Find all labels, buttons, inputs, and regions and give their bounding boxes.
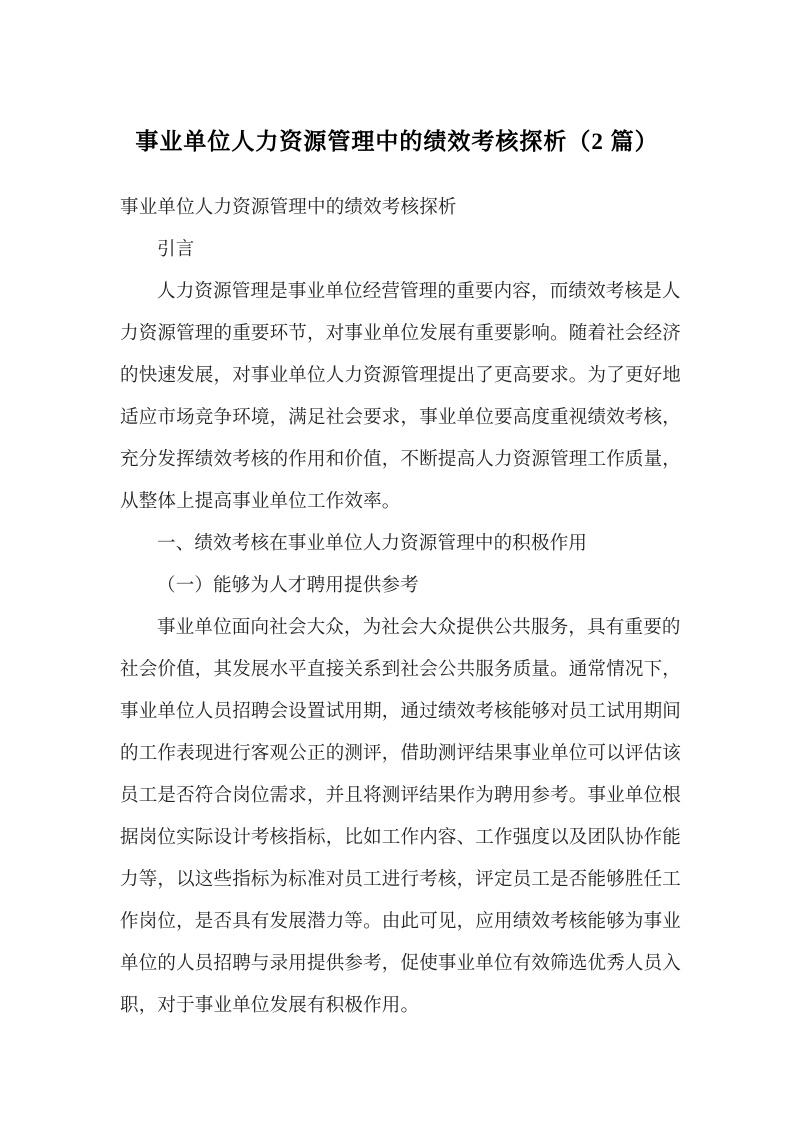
text-line: 单位的人员招聘与录用提供参考，促使事业单位有效筛选优秀人员入 <box>120 943 674 985</box>
text-line: 作岗位，是否具有发展潜力等。由此可见，应用绩效考核能够为事业 <box>120 901 674 943</box>
text-line: 适应市场竞争环境，满足社会要求，事业单位要高度重视绩效考核， <box>120 397 674 439</box>
text-line: 社会价值，其发展水平直接关系到社会公共服务质量。通常情况下， <box>120 649 674 691</box>
text-line: 人力资源管理是事业单位经营管理的重要内容，而绩效考核是人 <box>120 271 674 313</box>
text-line: 从整体上提高事业单位工作效率。 <box>120 481 674 523</box>
text-line: 职，对于事业单位发展有积极作用。 <box>120 985 674 1027</box>
text-line: 的工作表现进行客观公正的测评，借助测评结果事业单位可以评估该 <box>120 733 674 775</box>
document-body: 事业单位人力资源管理中的绩效考核探析引言人力资源管理是事业单位经营管理的重要内容… <box>120 187 674 1027</box>
text-line: 引言 <box>120 229 674 271</box>
text-line: （一）能够为人才聘用提供参考 <box>120 565 674 607</box>
document-title: 事业单位人力资源管理中的绩效考核探析（2 篇） <box>120 121 674 163</box>
text-line: 事业单位人员招聘会设置试用期，通过绩效考核能够对员工试用期间 <box>120 691 674 733</box>
text-line: 力等，以这些指标为标准对员工进行考核，评定员工是否能够胜任工 <box>120 859 674 901</box>
text-line: 一、绩效考核在事业单位人力资源管理中的积极作用 <box>120 523 674 565</box>
text-line: 事业单位面向社会大众，为社会大众提供公共服务，具有重要的 <box>120 607 674 649</box>
text-line: 员工是否符合岗位需求，并且将测评结果作为聘用参考。事业单位根 <box>120 775 674 817</box>
text-line: 力资源管理的重要环节，对事业单位发展有重要影响。随着社会经济 <box>120 313 674 355</box>
document-page: 事业单位人力资源管理中的绩效考核探析（2 篇） 事业单位人力资源管理中的绩效考核… <box>0 0 793 1122</box>
text-line: 事业单位人力资源管理中的绩效考核探析 <box>120 187 674 229</box>
text-line: 的快速发展，对事业单位人力资源管理提出了更高要求。为了更好地 <box>120 355 674 397</box>
document-content: 事业单位人力资源管理中的绩效考核探析（2 篇） 事业单位人力资源管理中的绩效考核… <box>120 121 674 1027</box>
text-line: 据岗位实际设计考核指标，比如工作内容、工作强度以及团队协作能 <box>120 817 674 859</box>
text-line: 充分发挥绩效考核的作用和价值，不断提高人力资源管理工作质量， <box>120 439 674 481</box>
